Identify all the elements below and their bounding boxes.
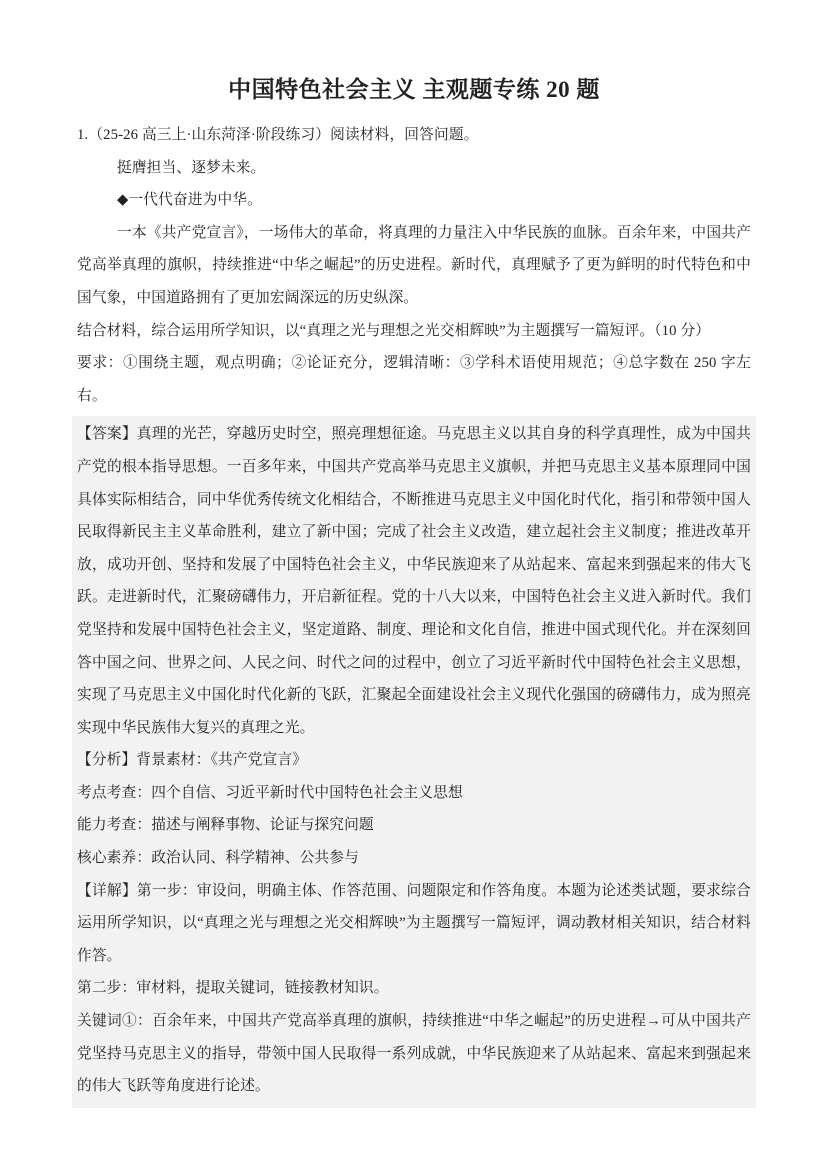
- analysis-ability-line: 能力考查：描述与阐释事物、论证与探究问题: [77, 809, 751, 842]
- question-header: 1.（25-26 高三上·山东菏泽·阶段练习）阅读材料，回答问题。: [77, 119, 751, 152]
- detail-step1-paragraph: 【详解】第一步：审设问，明确主体、作答范围、问题限定和作答角度。本题为论述类试题…: [77, 875, 751, 973]
- analysis-core-literacy-line: 核心素养：政治认同、科学精神、公共参与: [77, 842, 751, 875]
- detail-keyword1-paragraph: 关键词①：百余年来，中国共产党高举真理的旗帜，持续推进“中华之崛起”的历史进程→…: [77, 1005, 751, 1103]
- requirements-line: 要求：①围绕主题，观点明确；②论证充分，逻辑清晰：③学科术语使用规范；④总字数在…: [77, 347, 751, 412]
- analysis-exam-points-line: 考点考查：四个自信、习近平新时代中国特色社会主义思想: [77, 777, 751, 810]
- analysis-background-line: 【分析】背景素材：《共产党宣言》: [77, 744, 751, 777]
- document-title: 中国特色社会主义 主观题专练 20 题: [77, 74, 751, 106]
- answer-analysis-block: 【答案】真理的光芒，穿越历史时空，照亮理想征途。马克思主义以其自身的科学真理性，…: [72, 416, 756, 1107]
- answer-paragraph: 【答案】真理的光芒，穿越历史时空，照亮理想征途。马克思主义以其自身的科学真理性，…: [77, 418, 751, 744]
- material-intro-line-2: ◆一代代奋进为中华。: [77, 184, 751, 217]
- detail-step2-line: 第二步：审材料，提取关键词，链接教材知识。: [77, 972, 751, 1005]
- material-intro-line-1: 挺膺担当、逐梦未来。: [77, 152, 751, 185]
- material-paragraph: 一本《共产党宣言》，一场伟大的革命，将真理的力量注入中华民族的血脉。百余年来，中…: [77, 217, 751, 315]
- document-page: 中国特色社会主义 主观题专练 20 题 1.（25-26 高三上·山东菏泽·阶段…: [0, 0, 827, 1169]
- question-section: 1.（25-26 高三上·山东菏泽·阶段练习）阅读材料，回答问题。 挺膺担当、逐…: [77, 119, 751, 412]
- task-line: 结合材料，综合运用所学知识，以“真理之光与理想之光交相辉映”为主题撰写一篇短评。…: [77, 315, 751, 348]
